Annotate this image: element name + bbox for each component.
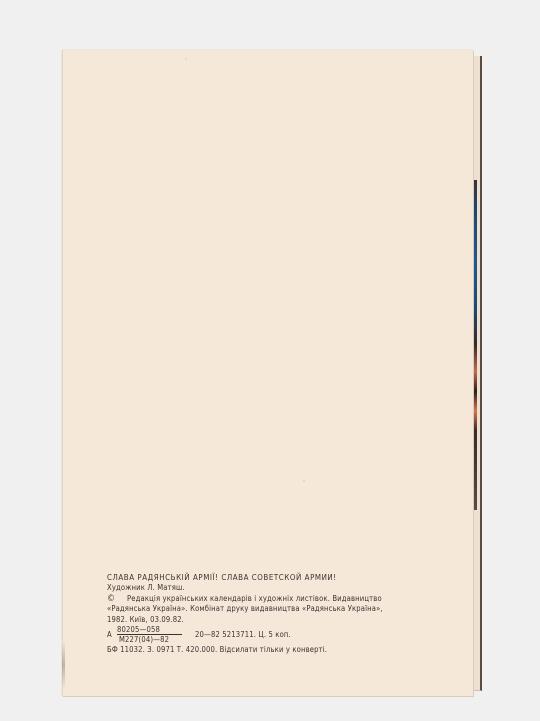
copyright-icon: © bbox=[107, 594, 127, 604]
card-edge-shadow bbox=[62, 640, 65, 690]
catalog-numerator: 80205—058 bbox=[117, 625, 182, 635]
paper-speck bbox=[185, 58, 187, 60]
imprint-date: 1982. Київ, 03.09.82. bbox=[107, 615, 442, 625]
imprint-publisher-line-2: «Радянська Україна». Комбінат друку вида… bbox=[107, 604, 442, 614]
imprint-artist: Художник Л. Матяш. bbox=[107, 583, 442, 593]
imprint-catalog-code: А 80205—058 М227(04)—82 20—82 5213711. Ц… bbox=[107, 625, 442, 645]
catalog-price: 20—82 5213711. Ц. 5 коп. bbox=[195, 630, 291, 640]
imprint-publisher-line-1: ©Редакція українських календарів і худож… bbox=[107, 594, 442, 604]
paper-speck bbox=[303, 480, 305, 482]
imprint-title: СЛАВА РАДЯНСЬКІЙ АРМІЇ! СЛАВА СОВЕТСКОЙ … bbox=[107, 573, 442, 583]
catalog-denominator: М227(04)—82 bbox=[119, 635, 169, 644]
publisher-imprint: СЛАВА РАДЯНСЬКІЙ АРМІЇ! СЛАВА СОВЕТСКОЙ … bbox=[107, 573, 442, 655]
catalog-letter: А bbox=[107, 630, 112, 640]
imprint-print-run: БФ 11032. З. 0971 Т. 420.000. Відсилати … bbox=[107, 645, 442, 655]
publisher-text-1: Редакція українських календарів і художн… bbox=[127, 594, 382, 603]
